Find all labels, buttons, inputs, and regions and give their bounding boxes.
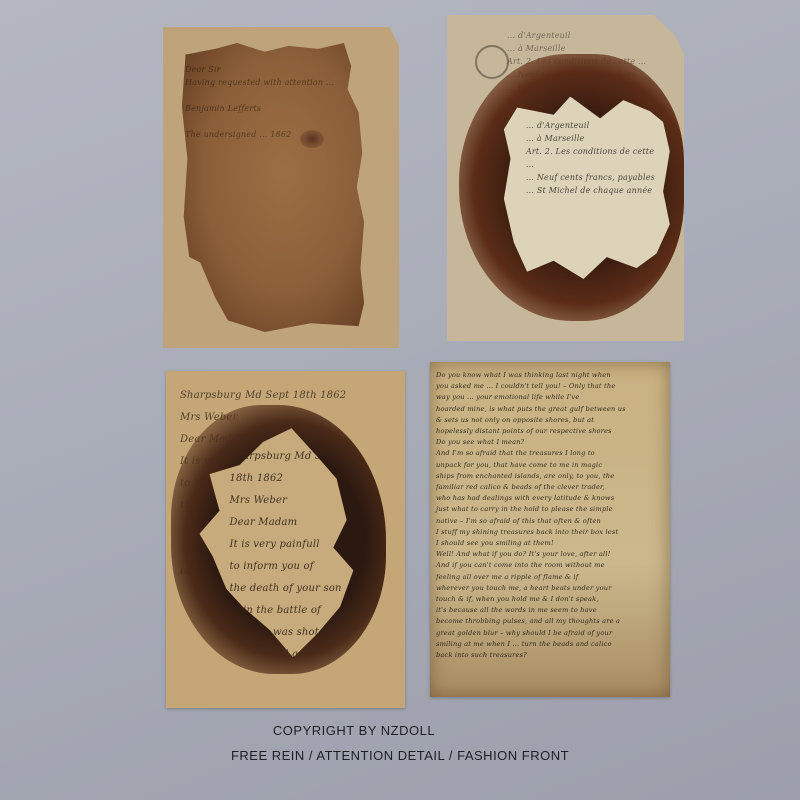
letter-card-bottom-left: Sharpsburg Md Sept 18th 1862 Mrs Weber D… <box>166 371 405 708</box>
handwritten-text: ... d'Argenteuil ... à Marseille Art. 2.… <box>504 97 670 280</box>
letter-card-top-right: ... d'Argenteuil ... à Marseille Art. 2.… <box>447 15 684 341</box>
copyright-caption: COPYRIGHT BY NZDOLL <box>0 723 754 738</box>
singed-edges <box>430 362 670 697</box>
revealed-page: ... d'Argenteuil ... à Marseille Art. 2.… <box>504 97 670 280</box>
handwritten-text: Dear Sir Having requested with attention… <box>163 27 399 348</box>
tagline-caption: FREE REIN / ATTENTION DETAIL / FASHION F… <box>0 748 800 763</box>
letter-card-top-left: Dear Sir Having requested with attention… <box>163 27 399 348</box>
postmark-stamp <box>475 45 509 79</box>
letter-card-bottom-right: Do you know what I was thinking last nig… <box>430 362 670 697</box>
